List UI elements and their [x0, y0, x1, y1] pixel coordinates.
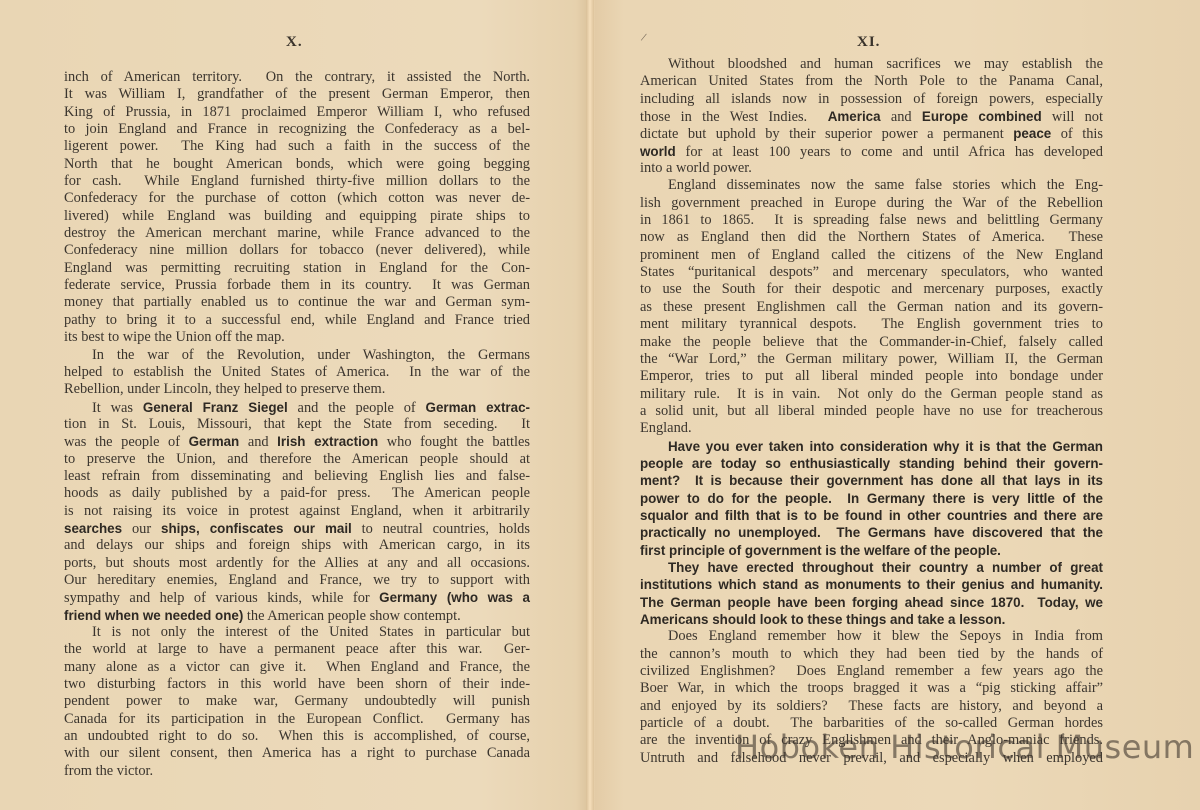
- text-line: sympathy and help of various kinds, whil…: [64, 589, 530, 606]
- body-text: and delays our ships and foreign ships w…: [64, 537, 530, 553]
- body-text: the world at large to have a permanent p…: [64, 641, 530, 657]
- body-text: and the people of: [288, 400, 426, 416]
- body-text: to preserve the Union, and therefore the…: [64, 451, 530, 467]
- bold-text: searches: [64, 521, 122, 536]
- bold-text: power to do for the people. In Germany t…: [640, 491, 1103, 506]
- body-text: and: [239, 434, 277, 450]
- body-text: was the people of: [64, 434, 189, 450]
- body-text: an undoubted right to do so. When this i…: [64, 728, 530, 744]
- bold-text: The German people have been forging ahea…: [640, 595, 1103, 610]
- body-text: American United States from the North Po…: [640, 73, 1103, 89]
- body-text: ports, but shouts most ardently for the …: [64, 555, 530, 571]
- body-text: Rebellion, under Lincoln, they helped to…: [64, 381, 385, 397]
- body-text: destroy the American merchant marine, wh…: [64, 225, 530, 241]
- text-line: money that partially enabled us to conti…: [64, 294, 530, 311]
- body-text: make the people believe that the Command…: [640, 334, 1103, 350]
- body-text: of this: [1051, 126, 1103, 142]
- body-text: tion in St. Louis, Missouri, that kept t…: [64, 416, 530, 432]
- body-text: ment military tyrannical despots. The En…: [640, 316, 1103, 332]
- bold-text: Have you ever taken into consideration w…: [668, 439, 1103, 454]
- body-text: hoods as daily published by a paid-for p…: [64, 485, 530, 501]
- text-line: those in the West Indies. America and Eu…: [640, 108, 1103, 125]
- text-line: federate service, Prussia forbade them i…: [64, 277, 530, 294]
- body-text: those in the West Indies.: [640, 109, 828, 125]
- body-text: the “War Lord,” the German military powe…: [640, 351, 1103, 367]
- body-text: Without bloodshed and human sacrifices w…: [668, 56, 1103, 72]
- pencil-mark: /: [640, 30, 648, 45]
- text-line: many alone as a victor can give it. When…: [64, 659, 530, 676]
- body-text: inch of American territory. On the contr…: [64, 69, 530, 85]
- bold-text: practically no unemployed. The Germans h…: [640, 525, 1103, 540]
- body-text: military rule. It is in vain. Not only d…: [640, 386, 1103, 402]
- left-page-text: inch of American territory. On the contr…: [64, 69, 530, 780]
- body-text: including all islands now in possession …: [640, 91, 1103, 107]
- body-text: the American people show contempt.: [243, 608, 460, 624]
- bold-text: first principle of government is the wel…: [640, 543, 1001, 558]
- body-text: livered) while England was building and …: [64, 208, 530, 224]
- body-text: to neutral countries, holds: [352, 521, 530, 537]
- text-line: Our hereditary enemies, England and Fran…: [64, 572, 530, 589]
- body-text: lish government preached in Europe durin…: [640, 195, 1103, 211]
- body-text: It is not only the interest of the Unite…: [92, 624, 530, 640]
- text-line: lish government preached in Europe durin…: [640, 195, 1103, 212]
- text-line: its best to wipe the Union off the map.: [64, 329, 530, 346]
- bold-text: They have erected throughout their count…: [668, 560, 1103, 575]
- body-text: as these present Englishmen call the Ger…: [640, 299, 1103, 315]
- body-text: federate service, Prussia forbade them i…: [64, 277, 530, 293]
- body-text: It was William I, grandfather of the pre…: [64, 86, 530, 102]
- text-line: They have erected throughout their count…: [640, 559, 1103, 576]
- text-line: prominent men of England called the citi…: [640, 247, 1103, 264]
- text-line: world for at least 100 years to come and…: [640, 143, 1103, 160]
- text-line: the “War Lord,” the German military powe…: [640, 351, 1103, 368]
- text-line: to preserve the Union, and therefore the…: [64, 451, 530, 468]
- text-line: It was General Franz Siegel and the peop…: [64, 399, 530, 416]
- text-line: American United States from the North Po…: [640, 73, 1103, 90]
- text-line: England disseminates now the same false …: [640, 177, 1103, 194]
- text-line: ligerent power. The King had such a fait…: [64, 138, 530, 155]
- bold-text: peace: [1013, 126, 1051, 141]
- text-line: ports, but shouts most ardently for the …: [64, 555, 530, 572]
- bold-text: institutions which stand as monuments to…: [640, 577, 1103, 592]
- text-line: King of Prussia, in 1871 proclaimed Empe…: [64, 104, 530, 121]
- body-text: will not: [1042, 109, 1103, 125]
- body-text: Our hereditary enemies, England and Fran…: [64, 572, 530, 588]
- text-line: Without bloodshed and human sacrifices w…: [640, 56, 1103, 73]
- body-text: a solid unit, but all liberal minded peo…: [640, 403, 1103, 419]
- body-text: helped to establish the United States of…: [64, 364, 530, 380]
- body-text: from the victor.: [64, 763, 153, 779]
- bold-text: friend when we needed one): [64, 608, 243, 623]
- body-text: its best to wipe the Union off the map.: [64, 329, 285, 345]
- text-line: The German people have been forging ahea…: [640, 594, 1103, 611]
- body-text: with our silent consent, then America ha…: [64, 745, 530, 761]
- text-line: hoods as daily published by a paid-for p…: [64, 485, 530, 502]
- bold-text: people are today so enthusiastically sta…: [640, 456, 1103, 471]
- text-line: is not raising its voice in protest agai…: [64, 503, 530, 520]
- text-line: to use the South for their despotic and …: [640, 281, 1103, 298]
- text-line: It was William I, grandfather of the pre…: [64, 86, 530, 103]
- text-line: first principle of government is the wel…: [640, 542, 1103, 559]
- text-line: civilized Englishmen? Does England remem…: [640, 663, 1103, 680]
- left-page: X. inch of American territory. On the co…: [0, 0, 590, 810]
- body-text: in 1861 to 1865. It is spreading false n…: [640, 212, 1103, 228]
- text-line: England was permitting recruiting statio…: [64, 260, 530, 277]
- text-line: In the war of the Revolution, under Wash…: [64, 347, 530, 364]
- bold-text: German extrac-: [426, 400, 530, 415]
- body-text: Emperor, tries to put all liberal minded…: [640, 368, 1103, 384]
- bold-text: Germany (who was a: [379, 590, 530, 605]
- text-line: as these present Englishmen call the Ger…: [640, 299, 1103, 316]
- text-line: It is not only the interest of the Unite…: [64, 624, 530, 641]
- body-text: Confederacy for the purchase of cotton (…: [64, 190, 530, 206]
- text-line: two disturbing factors in this world hav…: [64, 676, 530, 693]
- text-line: pathy to bring it to a successful end, w…: [64, 312, 530, 329]
- text-line: the world at large to have a permanent p…: [64, 641, 530, 658]
- body-text: into a world power.: [640, 160, 752, 176]
- bold-text: General Franz Siegel: [143, 400, 288, 415]
- body-text: now as England then did the Northern Sta…: [640, 229, 1103, 245]
- text-line: make the people believe that the Command…: [640, 334, 1103, 351]
- body-text: our: [122, 521, 161, 537]
- text-line: and delays our ships and foreign ships w…: [64, 537, 530, 554]
- text-line: Americans should look to these things an…: [640, 611, 1103, 628]
- body-text: for cash. While England furnished thirty…: [64, 173, 530, 189]
- body-text: King of Prussia, in 1871 proclaimed Empe…: [64, 104, 530, 120]
- body-text: England disseminates now the same false …: [668, 177, 1103, 193]
- text-line: to join England and France in recognizin…: [64, 121, 530, 138]
- text-line: Confederacy nine million dollars for tob…: [64, 242, 530, 259]
- body-text: It was: [92, 400, 143, 416]
- body-text: money that partially enabled us to conti…: [64, 294, 530, 310]
- bold-text: America: [828, 109, 881, 124]
- text-line: an undoubted right to do so. When this i…: [64, 728, 530, 745]
- body-text: and enjoyed by its soldiers? These facts…: [640, 698, 1103, 714]
- bold-text: ships, confiscates our mail: [161, 521, 352, 536]
- bold-text: squalor and filth that is to be found in…: [640, 508, 1103, 523]
- text-line: for cash. While England furnished thirty…: [64, 173, 530, 190]
- text-line: a solid unit, but all liberal minded peo…: [640, 403, 1103, 420]
- text-line: Emperor, tries to put all liberal minded…: [640, 368, 1103, 385]
- page-number-left: X.: [286, 34, 303, 51]
- text-line: institutions which stand as monuments to…: [640, 576, 1103, 593]
- watermark: Hoboken Historical Museum: [735, 728, 1194, 766]
- text-line: power to do for the people. In Germany t…: [640, 490, 1103, 507]
- body-text: dictate but uphold by their superior pow…: [640, 126, 1013, 142]
- text-line: least refrain from disseminating and bel…: [64, 468, 530, 485]
- text-line: in 1861 to 1865. It is spreading false n…: [640, 212, 1103, 229]
- text-line: destroy the American merchant marine, wh…: [64, 225, 530, 242]
- body-text: who fought the battles: [378, 434, 530, 450]
- body-text: Does England remember how it blew the Se…: [668, 628, 1103, 644]
- text-line: searches our ships, confiscates our mail…: [64, 520, 530, 537]
- text-line: including all islands now in possession …: [640, 91, 1103, 108]
- text-line: ment military tyrannical despots. The En…: [640, 316, 1103, 333]
- text-line: States “puritanical despots” and mercena…: [640, 264, 1103, 281]
- bold-text: ment? It is because their government has…: [640, 473, 1103, 488]
- bold-text: Irish extraction: [277, 434, 378, 449]
- body-text: is not raising its voice in protest agai…: [64, 503, 530, 519]
- text-line: with our silent consent, then America ha…: [64, 745, 530, 762]
- body-text: England was permitting recruiting statio…: [64, 260, 530, 276]
- text-line: Canada for its participation in the Euro…: [64, 711, 530, 728]
- text-line: now as England then did the Northern Sta…: [640, 229, 1103, 246]
- text-line: and enjoyed by its soldiers? These facts…: [640, 698, 1103, 715]
- right-page-text: Without bloodshed and human sacrifices w…: [640, 56, 1103, 767]
- body-text: States “puritanical despots” and mercena…: [640, 264, 1103, 280]
- text-line: Have you ever taken into consideration w…: [640, 438, 1103, 455]
- bold-text: Europe combined: [922, 109, 1042, 124]
- text-line: pendent power to make war, Germany undou…: [64, 693, 530, 710]
- text-line: tion in St. Louis, Missouri, that kept t…: [64, 416, 530, 433]
- bold-text: world: [640, 144, 676, 159]
- text-line: practically no unemployed. The Germans h…: [640, 524, 1103, 541]
- text-line: was the people of German and Irish extra…: [64, 433, 530, 450]
- bold-text: German: [189, 434, 240, 449]
- body-text: Boer War, in which the troops bragged it…: [640, 680, 1103, 696]
- body-text: prominent men of England called the citi…: [640, 247, 1103, 263]
- bold-text: Americans should look to these things an…: [640, 612, 1005, 627]
- body-text: Canada for its participation in the Euro…: [64, 711, 530, 727]
- text-line: inch of American territory. On the contr…: [64, 69, 530, 86]
- text-line: military rule. It is in vain. Not only d…: [640, 386, 1103, 403]
- body-text: many alone as a victor can give it. When…: [64, 659, 530, 675]
- body-text: for at least 100 years to come and until…: [676, 144, 1103, 160]
- body-text: least refrain from disseminating and bel…: [64, 468, 530, 484]
- book-spread: X. inch of American territory. On the co…: [0, 0, 1200, 810]
- text-line: friend when we needed one) the American …: [64, 607, 530, 624]
- body-text: and: [881, 109, 922, 125]
- body-text: sympathy and help of various kinds, whil…: [64, 590, 379, 606]
- body-text: pathy to bring it to a successful end, w…: [64, 312, 530, 328]
- body-text: pendent power to make war, Germany undou…: [64, 693, 530, 709]
- text-line: the cannon’s mouth to which they had bee…: [640, 646, 1103, 663]
- text-line: Boer War, in which the troops bragged it…: [640, 680, 1103, 697]
- right-page: / XI. Without bloodshed and human sacrif…: [592, 0, 1200, 810]
- text-line: Does England remember how it blew the Se…: [640, 628, 1103, 645]
- page-number-right: XI.: [857, 34, 880, 51]
- body-text: North that he bought American bonds, whi…: [64, 156, 530, 172]
- text-line: dictate but uphold by their superior pow…: [640, 125, 1103, 142]
- text-line: people are today so enthusiastically sta…: [640, 455, 1103, 472]
- text-line: England.: [640, 420, 1103, 437]
- text-line: livered) while England was building and …: [64, 208, 530, 225]
- text-line: Confederacy for the purchase of cotton (…: [64, 190, 530, 207]
- body-text: to join England and France in recognizin…: [64, 121, 530, 137]
- text-line: Rebellion, under Lincoln, they helped to…: [64, 381, 530, 398]
- body-text: ligerent power. The King had such a fait…: [64, 138, 530, 154]
- body-text: England.: [640, 420, 692, 436]
- text-line: North that he bought American bonds, whi…: [64, 156, 530, 173]
- body-text: to use the South for their despotic and …: [640, 281, 1103, 297]
- body-text: In the war of the Revolution, under Wash…: [92, 347, 530, 363]
- body-text: Confederacy nine million dollars for tob…: [64, 242, 530, 258]
- body-text: civilized Englishmen? Does England remem…: [640, 663, 1103, 679]
- text-line: from the victor.: [64, 763, 530, 780]
- text-line: into a world power.: [640, 160, 1103, 177]
- text-line: ment? It is because their government has…: [640, 472, 1103, 489]
- text-line: helped to establish the United States of…: [64, 364, 530, 381]
- body-text: two disturbing factors in this world hav…: [64, 676, 530, 692]
- text-line: squalor and filth that is to be found in…: [640, 507, 1103, 524]
- body-text: the cannon’s mouth to which they had bee…: [640, 646, 1103, 662]
